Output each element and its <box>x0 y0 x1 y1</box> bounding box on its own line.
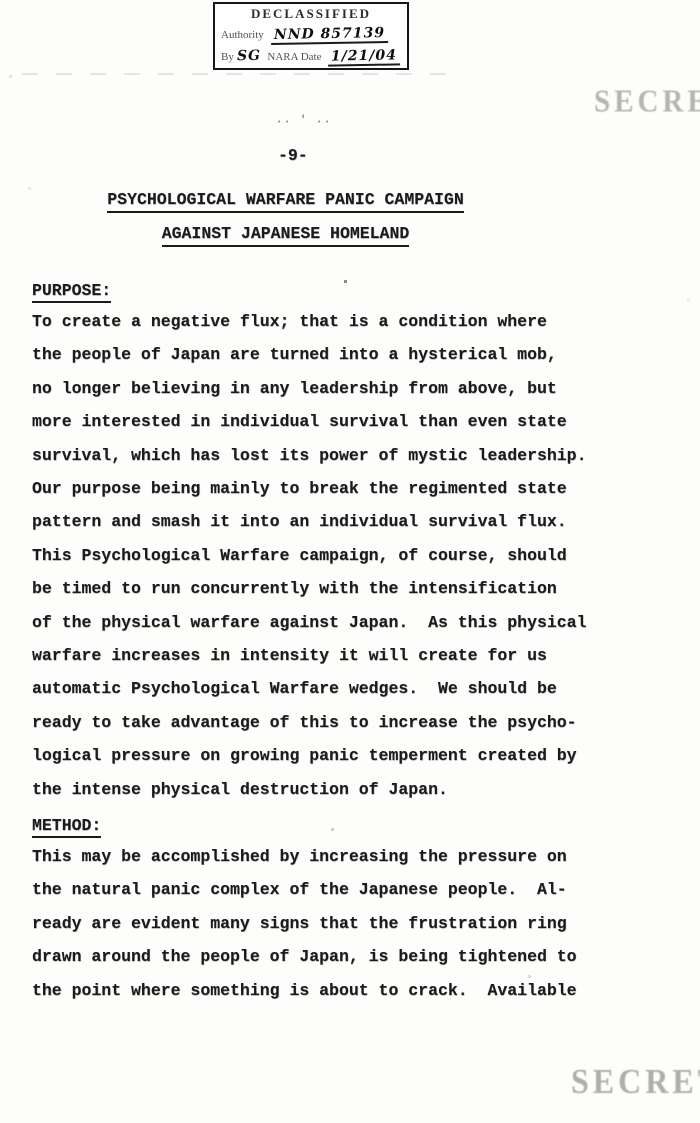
scan-artifact-dashes <box>22 73 452 75</box>
authority-value: NND 857139 <box>270 25 387 45</box>
body-text-line: be timed to run concurrently with the in… <box>32 572 652 605</box>
purpose-body: To create a negative flux; that is a con… <box>32 305 652 806</box>
stray-mark: .. ' .. <box>276 115 332 126</box>
document-title-line2: AGAINST JAPANESE HOMELAND <box>162 224 410 247</box>
body-text-line: ready to take advantage of this to incre… <box>32 706 652 739</box>
body-text-line: survival, which has lost its power of my… <box>32 439 652 472</box>
body-text-line: This may be accomplished by increasing t… <box>32 840 652 873</box>
purpose-section: PURPOSE: To create a negative flux; that… <box>32 281 111 303</box>
body-text-line: the intense physical destruction of Japa… <box>32 773 652 806</box>
body-text-line: more interested in individual survival t… <box>32 405 652 438</box>
body-text-line: the point where something is about to cr… <box>32 974 652 1007</box>
body-text-line: This Psychological Warfare campaign, of … <box>32 539 652 572</box>
document-title: PSYCHOLOGICAL WARFARE PANIC CAMPAIGN AGA… <box>33 190 538 247</box>
method-section: METHOD: This may be accomplished by incr… <box>32 816 101 838</box>
body-text-line: the people of Japan are turned into a hy… <box>32 338 652 371</box>
body-text-line: warfare increases in intensity it will c… <box>32 639 652 672</box>
declassification-stamp: DECLASSIFIED Authority NND 857139 By SG … <box>213 2 409 70</box>
body-text-line: pattern and smash it into an individual … <box>32 505 652 538</box>
document-page: DECLASSIFIED Authority NND 857139 By SG … <box>0 0 700 1123</box>
document-title-line1: PSYCHOLOGICAL WARFARE PANIC CAMPAIGN <box>107 190 463 213</box>
authority-label: Authority <box>221 29 264 41</box>
purpose-heading: PURPOSE: <box>32 281 111 303</box>
paper-speckles <box>0 0 1 1</box>
method-heading: METHOD: <box>32 816 101 838</box>
body-text-line: ready are evident many signs that the fr… <box>32 907 652 940</box>
page-number: -9- <box>278 146 308 165</box>
body-text-line: of the physical warfare against Japan. A… <box>32 606 652 639</box>
body-text-line: the natural panic complex of the Japanes… <box>32 873 652 906</box>
body-text-line: no longer believing in any leadership fr… <box>32 372 652 405</box>
body-text-line: Our purpose being mainly to break the re… <box>32 472 652 505</box>
secret-stamp-top: SECRET <box>594 85 700 121</box>
nara-date-row: By SG NARA Date 1/21/04 <box>221 48 401 66</box>
authority-row: Authority NND 857139 <box>221 26 401 44</box>
by-label: By <box>221 51 234 63</box>
body-text-line: To create a negative flux; that is a con… <box>32 305 652 338</box>
nara-date-value: 1/21/04 <box>328 47 400 66</box>
body-text-line: drawn around the people of Japan, is bei… <box>32 940 652 973</box>
body-text-line: logical pressure on growing panic temper… <box>32 739 652 772</box>
secret-stamp-bottom: SECRET <box>571 1062 700 1102</box>
by-value: SG <box>236 48 260 64</box>
body-text-line: automatic Psychological Warfare wedges. … <box>32 672 652 705</box>
method-body: This may be accomplished by increasing t… <box>32 840 652 1007</box>
declassified-label: DECLASSIFIED <box>221 6 401 22</box>
nara-date-label: NARA Date <box>267 51 321 63</box>
